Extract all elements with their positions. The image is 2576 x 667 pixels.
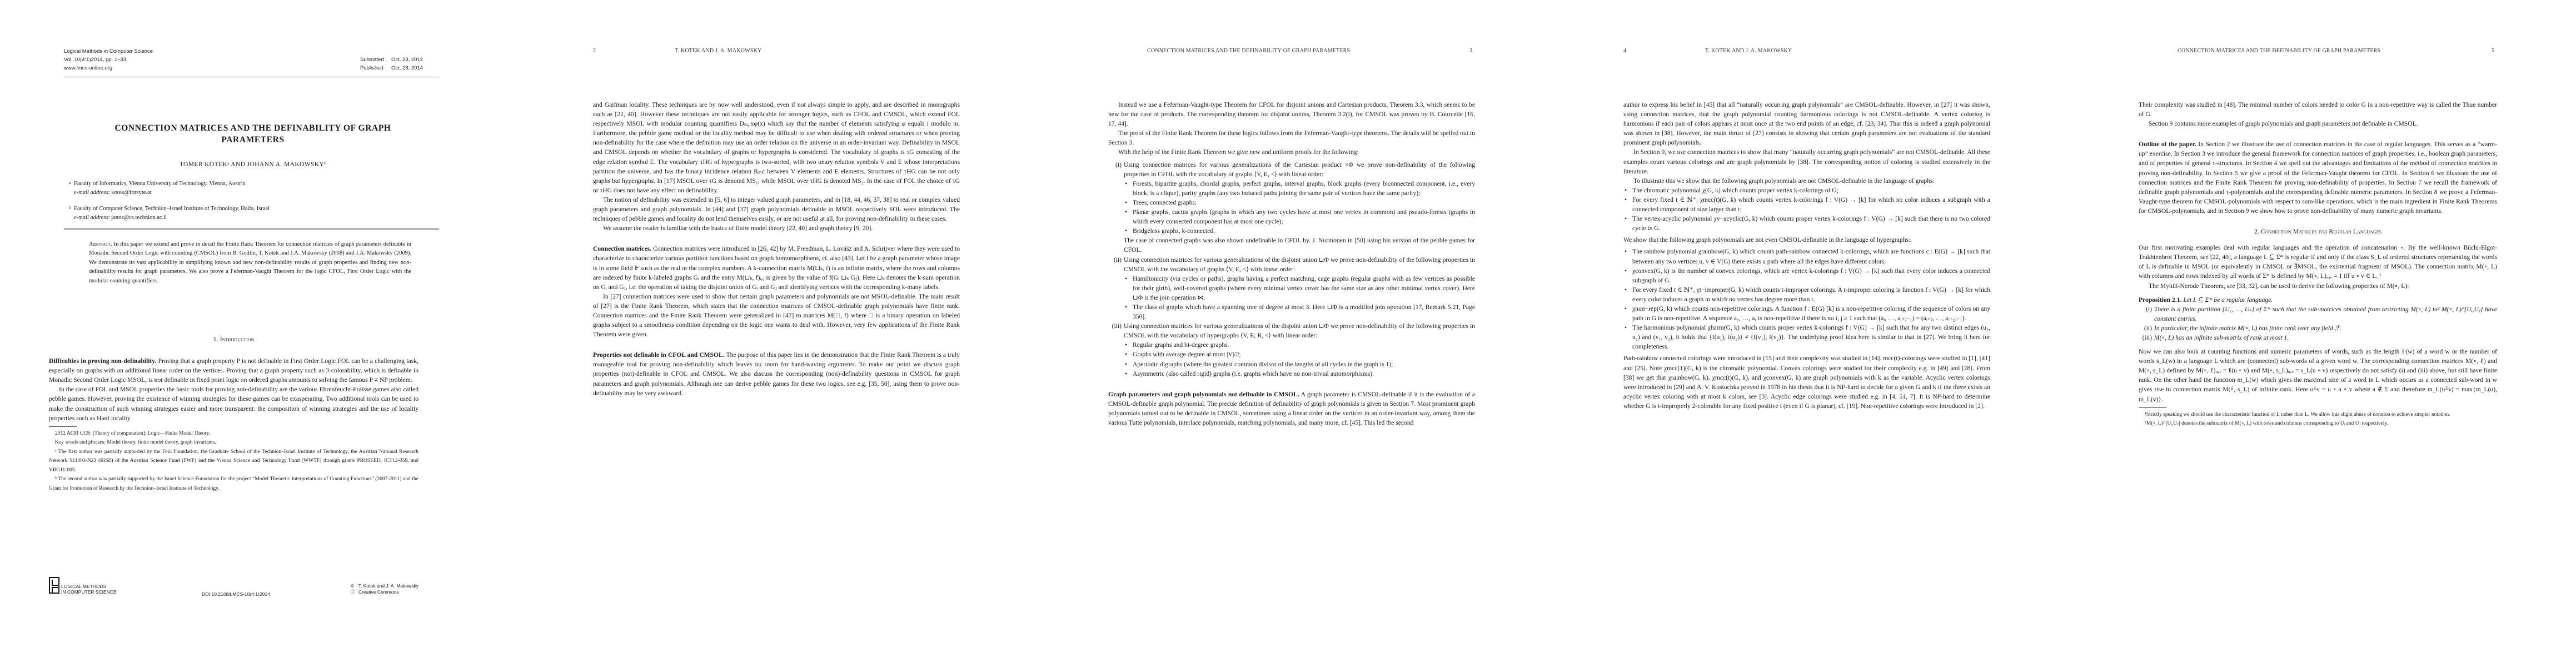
copyright-icon: © <box>351 583 358 589</box>
section-title: 2. Connection Matrices for Regular Langu… <box>2139 227 2497 236</box>
paragraph: Section 9 contains more examples of grap… <box>2139 119 2497 128</box>
result-list: (i) Using connection matrices for variou… <box>1108 160 1475 379</box>
title-line-2: PARAMETERS <box>72 134 434 146</box>
bullet-item: χconvex(G, k) is the number of convex co… <box>1623 266 1990 285</box>
license[interactable]: Creative Commons <box>358 589 399 595</box>
item-intro: Using connection matrices for various ge… <box>1124 160 1475 179</box>
page-number: 3 <box>1469 48 1472 54</box>
published-label: Published <box>360 64 391 72</box>
item-label: (ii) <box>1108 255 1122 265</box>
bullet-item: The rainbow polynomial χrainbow(G, k) wh… <box>1623 247 1990 266</box>
heading-graph-parameters: Graph parameters and graph polynomials n… <box>1108 391 1299 398</box>
journal-footer: LOGICAL METHODS IN COMPUTER SCIENCE DOI:… <box>49 577 418 599</box>
paragraph: In Section 9, we use connection matrices… <box>1623 147 1990 176</box>
result-item: (ii) Using connection matrices for vario… <box>1108 255 1475 322</box>
logo-line-2: IN COMPUTER SCIENCE <box>61 589 117 595</box>
paragraph: We show that the following graph polynom… <box>1623 235 1990 245</box>
bullet-list: Forests, bipartite graphs, chordal graph… <box>1124 179 1475 236</box>
page-number: 5 <box>2492 48 2494 54</box>
submitted-label: Submitted <box>360 56 391 64</box>
lmcs-logo-icon <box>49 577 59 594</box>
footnotes: ¹Strictly speaking we should use the cha… <box>2139 410 2497 429</box>
item-intro: Using connection matrices for various ge… <box>1124 321 1475 340</box>
journal-name: Logical Methods in Computer Science <box>64 47 153 56</box>
affiliation-mark: a <box>69 178 71 187</box>
title-line-1: CONNECTION MATRICES AND THE DEFINABILITY… <box>72 122 434 134</box>
page-4-body: author to express his belief in [45] tha… <box>1623 100 1990 411</box>
bullet-item: Graphs with average degree at most |V|/2… <box>1124 350 1475 359</box>
section-title: 1. Introduction <box>49 335 418 344</box>
bullet-item: Hamiltonicity (via cycles or paths), gra… <box>1124 274 1475 302</box>
paragraph: and Gaifman locality. These techniques a… <box>593 100 960 195</box>
item-label: (i) <box>1108 160 1122 170</box>
footnote-keywords: Key words and phrases: Model theory, fin… <box>49 438 418 447</box>
affiliation-institution: Faculty of Informatics, Vienna Universit… <box>74 180 441 188</box>
footnote-acm: 2012 ACM CCS: [Theory of computation]: L… <box>49 429 418 439</box>
item-intro: Using connection matrices for various ge… <box>1124 255 1475 274</box>
bullet-item: The vertex-acyclic polynomial χv−acyclic… <box>1623 214 1990 233</box>
proposition-item: (ii)In particular, the infinite matrix M… <box>2139 323 2497 333</box>
journal-header: Logical Methods in Computer Science Vol.… <box>64 47 153 72</box>
creative-commons-icon: Ⓒ <box>351 589 358 595</box>
paragraph: The proof of the Finite Rank Theorem for… <box>1108 128 1475 147</box>
item-label: (iii) <box>2139 333 2152 342</box>
item-text: There is a finite partition {U₁, …, Uₖ} … <box>2154 306 2497 322</box>
journal-site[interactable]: www.lmcs-online.org <box>64 64 153 72</box>
bullet-list: The rainbow polynomial χrainbow(G, k) wh… <box>1623 247 1990 351</box>
proposition-item: (i)There is a finite partition {U₁, …, U… <box>2139 305 2497 323</box>
paragraph: Our first motivating examples deal with … <box>2139 243 2497 281</box>
abstract-text: In this paper we extend and prove in det… <box>89 241 411 284</box>
email-label: e-mail address <box>74 190 108 196</box>
running-head: CONNECTION MATRICES AND THE DEFINABILITY… <box>1147 48 1350 54</box>
paragraph: In [27] connection matrices were used to… <box>593 292 960 339</box>
footnote-author-b: ᵇ The second author was partially suppor… <box>49 475 418 493</box>
copyright-block: ©T. Kotek and J. A. Makowsky ⒸCreative C… <box>351 583 418 595</box>
page-4: 4 T. KOTEK AND J. A. MAKOWSKY author to … <box>1546 0 2061 667</box>
paragraph: author to express his belief in [45] tha… <box>1623 100 1990 147</box>
page-2: 2 T. KOTEK AND J. A. MAKOWSKY and Gaifma… <box>515 0 1030 667</box>
heading-properties: Properties not definable in CFOL and CMS… <box>593 351 725 359</box>
paragraph: Instead we use a Feferman-Vaught-type Th… <box>1108 100 1475 128</box>
page-2-body: and Gaifman locality. These techniques a… <box>593 100 960 398</box>
proposition-statement: Let L ⊆ Σ* be a regular language. <box>2183 296 2273 303</box>
affiliation-a: a Faculty of Informatics, Vienna Univers… <box>74 180 441 197</box>
bullet-item: Aperiodic digraphs (where the greatest c… <box>1124 360 1475 369</box>
paragraph: With the help of the Finite Rank Theorem… <box>1108 147 1475 157</box>
logo-line-1: LOGICAL METHODS <box>61 584 117 589</box>
paragraph: We assume the reader is familiar with th… <box>593 223 960 233</box>
running-head: CONNECTION MATRICES AND THE DEFINABILITY… <box>2178 48 2380 54</box>
page-3: CONNECTION MATRICES AND THE DEFINABILITY… <box>1030 0 1546 667</box>
email-link[interactable]: janos@cs.technion.ac.il <box>111 215 167 221</box>
bullet-list: Regular graphs and bi-degree graphs. Gra… <box>1124 340 1475 378</box>
affiliation-mark: b <box>69 203 71 212</box>
page-5: CONNECTION MATRICES AND THE DEFINABILITY… <box>2061 0 2576 667</box>
journal-dates: SubmittedOct. 23, 2012 PublishedOct. 28,… <box>360 56 423 72</box>
page-1: Logical Methods in Computer Science Vol.… <box>0 0 515 667</box>
heading-connection-matrices: Connection matrices. <box>593 245 651 252</box>
bullet-item: χnon−rep(G, k) which counts non-repetiti… <box>1623 304 1990 323</box>
bullet-item: Planar graphs, cactus graphs (graphs in … <box>1124 207 1475 226</box>
bullet-item: Asymmetric (also called rigid) graphs (i… <box>1124 369 1475 379</box>
item-label: (ii) <box>2139 323 2152 333</box>
item-label: (iii) <box>1108 321 1122 331</box>
footnote-2: ²M(∘, L)^[Uᵢ,Uⱼ] denotes the submatrix o… <box>2139 419 2497 429</box>
paragraph: Now we can also look at counting functio… <box>2139 347 2497 404</box>
abstract: Abstract. In this paper we extend and pr… <box>89 240 411 286</box>
copyright-holders: T. Kotek and J. A. Makowsky <box>358 583 418 589</box>
footnote-author-a: ᵃ The first author was partially support… <box>49 447 418 475</box>
page-3-body: Instead we use a Feferman-Vaught-type Th… <box>1108 100 1475 427</box>
page-1-body: 1. Introduction Difficulties in proving … <box>49 335 418 493</box>
paragraph: In the case of FOL and MSOL properties t… <box>49 385 418 422</box>
footnote-rule <box>2139 407 2166 408</box>
bullet-item: The harmonious polynomial χharm(G, k) wh… <box>1623 323 1990 351</box>
bullet-item: For every fixed t ∈ ℕ⁺, χmcc(t)(G, k) wh… <box>1623 195 1990 214</box>
proposition-items: (i)There is a finite partition {U₁, …, U… <box>2139 305 2497 342</box>
bullet-item: Trees, connected graphs; <box>1124 198 1475 207</box>
page-number: 4 <box>1623 48 1626 54</box>
bullet-item: The class of graphs which have a spannin… <box>1124 302 1475 321</box>
footnote-1: ¹Strictly speaking we should use the cha… <box>2139 410 2497 420</box>
affiliation-rule <box>64 228 439 230</box>
proposition-label: Proposition 2.1. <box>2139 296 2181 303</box>
email-link[interactable]: kotek@forsyte.at <box>111 190 151 196</box>
result-item: (i) Using connection matrices for variou… <box>1108 160 1475 255</box>
footnote-rule <box>49 426 77 427</box>
paragraph: To illustrate this we show that the foll… <box>1623 176 1990 186</box>
page-5-body: Their complexity was studied in [48]. Th… <box>2139 100 2497 429</box>
heading-outline: Outline of the paper. <box>2139 141 2196 148</box>
affiliation-b: b Faculty of Computer Science, Technion–… <box>74 205 441 222</box>
result-item: (iii) Using connection matrices for vari… <box>1108 321 1475 379</box>
paragraph: Path-rainbow connected colorings were in… <box>1623 354 1990 411</box>
page-number: 2 <box>593 48 596 54</box>
doi[interactable]: DOI:10.2168/LMCS-10(4:1)2014 <box>202 591 270 597</box>
published-date: Oct. 28, 2014 <box>391 65 423 71</box>
item-text: M(∘, L) has an infinite sub-matrix of ra… <box>2154 334 2289 341</box>
email-label: e-mail address <box>74 215 108 221</box>
item-label: (i) <box>2139 305 2152 314</box>
bullet-list: The chromatic polynomial χ(G, k) which c… <box>1623 186 1990 233</box>
paragraph: In Section 2 we illustrate the use of co… <box>2139 141 2497 215</box>
heading-difficulties: Difficulties in proving non-definability… <box>49 357 156 365</box>
bullet-item: Forests, bipartite graphs, chordal graph… <box>1124 179 1475 198</box>
paper-title: CONNECTION MATRICES AND THE DEFINABILITY… <box>72 122 434 146</box>
header-rule <box>64 77 439 77</box>
proposition-item: (iii)M(∘, L) has an infinite sub-matrix … <box>2139 333 2497 342</box>
bullet-item: Bridgeless graphs, k-connected. <box>1124 226 1475 236</box>
running-head: T. KOTEK AND J. A. MAKOWSKY <box>675 48 761 54</box>
running-head: T. KOTEK AND J. A. MAKOWSKY <box>1705 48 1792 54</box>
item-text: In particular, the infinite matrix M(∘, … <box>2154 325 2341 332</box>
paragraph: The Myhill-Nerode Theorem, see [33, 32],… <box>2139 281 2497 291</box>
bullet-item: Regular graphs and bi-degree graphs. <box>1124 340 1475 350</box>
affiliation-institution: Faculty of Computer Science, Technion–Is… <box>74 205 441 213</box>
bullet-item: For every fixed t ∈ ℕ⁺, χt−improper(G, k… <box>1623 285 1990 304</box>
paragraph: The notion of definability was extended … <box>593 195 960 223</box>
lmcs-logo-text: LOGICAL METHODS IN COMPUTER SCIENCE <box>61 584 117 595</box>
bullet-item: The chromatic polynomial χ(G, k) which c… <box>1623 186 1990 195</box>
submitted-date: Oct. 23, 2012 <box>391 57 423 63</box>
journal-volume: Vol. 10(4:1)2014, pp. 1–33 <box>64 56 153 64</box>
item-outro: The case of connected graphs was also sh… <box>1124 236 1475 255</box>
abstract-label: Abstract. <box>89 241 112 247</box>
paragraph: Their complexity was studied in [48]. Th… <box>2139 100 2497 119</box>
bullet-list: Hamiltonicity (via cycles or paths), gra… <box>1124 274 1475 321</box>
footnotes: 2012 ACM CCS: [Theory of computation]: L… <box>49 429 418 494</box>
authors: TOMER KOTEKᵃ AND JOHANN A. MAKOWSKYᵇ <box>64 161 442 168</box>
